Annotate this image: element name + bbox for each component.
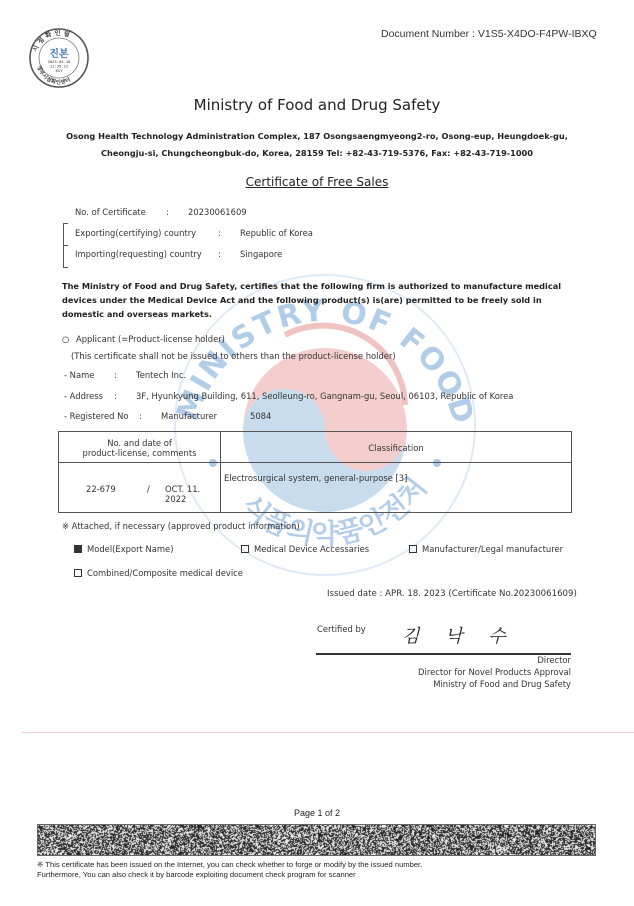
license-table: No. and date of product-license, comment… [58, 431, 572, 513]
option-combined-composite[interactable]: Combined/Composite medical device [74, 568, 243, 578]
name-label: - Name [64, 370, 94, 380]
document-number: Document Number : V1S5-X4DO-F4PW-IBXQ [381, 28, 597, 40]
exporting-country-value: Republic of Korea [240, 228, 313, 238]
name-value: Tentech Inc. [136, 370, 186, 380]
certified-by-label: Certified by [317, 624, 366, 634]
option-label: Combined/Composite medical device [87, 568, 243, 578]
registered-no-label: - Registered No [64, 411, 129, 421]
signer-organization: Ministry of Food and Drug Safety [433, 679, 571, 689]
separator: : [218, 228, 221, 238]
table-header-license: No. and date of product-license, comment… [59, 432, 221, 463]
footer-note-line-2: Furthermore, You can also check it by ba… [37, 870, 356, 879]
classification-cell: Electrosurgical system, general-purpose … [221, 463, 571, 512]
signer-position: Director for Novel Products Approval [418, 667, 571, 677]
issuer-address-line-2: Cheongju-si, Chungcheongbuk-do, Korea, 2… [0, 148, 634, 158]
barcode-pattern [38, 825, 595, 855]
header-line: No. and date of [59, 438, 220, 448]
issued-date: Issued date : APR. 18. 2023 (Certificate… [327, 589, 577, 599]
exporting-country-label: Exporting(certifying) country [75, 228, 196, 238]
option-label: Medical Device Accessaries [254, 544, 369, 554]
option-manufacturer-legal[interactable]: Manufacturer/Legal manufacturer [409, 544, 563, 554]
registered-no-value: 5084 [250, 411, 271, 421]
applicant-note: (This certificate shall not be issued to… [71, 351, 396, 361]
certification-statement: The Ministry of Food and Drug Safety, ce… [62, 279, 572, 321]
signature-line [316, 653, 571, 655]
document-number-value: V1S5-X4DO-F4PW-IBXQ [478, 28, 597, 40]
separator: : [139, 411, 142, 421]
address-value: 3F, Hyunkyung Building, 611, Seolleung-r… [136, 391, 576, 401]
option-label: Model(Export Name) [87, 544, 173, 554]
separator: : [114, 370, 117, 380]
separator: : [114, 391, 117, 401]
license-number: 22-679 [86, 484, 116, 494]
table-header-classification: Classification [221, 432, 571, 463]
option-model-export-name[interactable]: Model(Export Name) [74, 544, 173, 554]
document-barcode [37, 824, 596, 856]
license-date: OCT. 11. 2022 [165, 484, 220, 504]
stamp-seal-icon: 시 점 확 인 필 정부시점확인센터 진본 2023-04-18 11:35:2… [28, 27, 90, 89]
svg-text:KST: KST [56, 68, 64, 73]
certificate-number-value: 20230061609 [188, 207, 247, 217]
certificate-title: Certificate of Free Sales [0, 175, 634, 189]
applicant-heading: ○ Applicant (=Product-license holder) [62, 334, 225, 344]
registered-type: Manufacturer [161, 411, 217, 421]
authenticity-stamp: 시 점 확 인 필 정부시점확인센터 진본 2023-04-18 11:35:2… [28, 27, 90, 89]
attachments-heading: ※ Attached, if necessary (approved produ… [62, 521, 300, 531]
ministry-title: Ministry of Food and Drug Safety [0, 96, 634, 114]
applicant-heading-text: Applicant (=Product-license holder) [76, 334, 225, 344]
header-line: product-license, comments [59, 448, 220, 458]
address-label: - Address [64, 391, 103, 401]
certificate-number-label: No. of Certificate [75, 207, 146, 217]
footer-note-line-1: ※ This certificate has been issued on th… [37, 860, 422, 869]
checkbox-checked-icon[interactable] [74, 545, 82, 553]
bracket-tick [63, 245, 68, 246]
option-medical-device-accessaries[interactable]: Medical Device Accessaries [241, 544, 369, 554]
separator: : [218, 249, 221, 259]
importing-country-label: Importing(requesting) country [75, 249, 202, 259]
issuer-address-line-1: Osong Health Technology Administration C… [0, 131, 634, 141]
option-label: Manufacturer/Legal manufacturer [422, 544, 563, 554]
circle-bullet-icon: ○ [62, 334, 69, 344]
page-divider [22, 732, 634, 733]
table-row: 22-679 / OCT. 11. 2022 [59, 463, 221, 512]
checkbox-icon[interactable] [74, 569, 82, 577]
importing-country-value: Singapore [240, 249, 282, 259]
document-number-label: Document Number : [381, 28, 475, 40]
slash-separator: / [147, 484, 150, 494]
checkbox-icon[interactable] [409, 545, 417, 553]
signer-role: Director [537, 655, 571, 665]
bracket-tick [63, 223, 68, 224]
signature: 김 낙 수 [402, 622, 516, 648]
bracket-tick [63, 267, 68, 268]
page-number: Page 1 of 2 [0, 808, 634, 818]
checkbox-icon[interactable] [241, 545, 249, 553]
separator: : [166, 207, 169, 217]
